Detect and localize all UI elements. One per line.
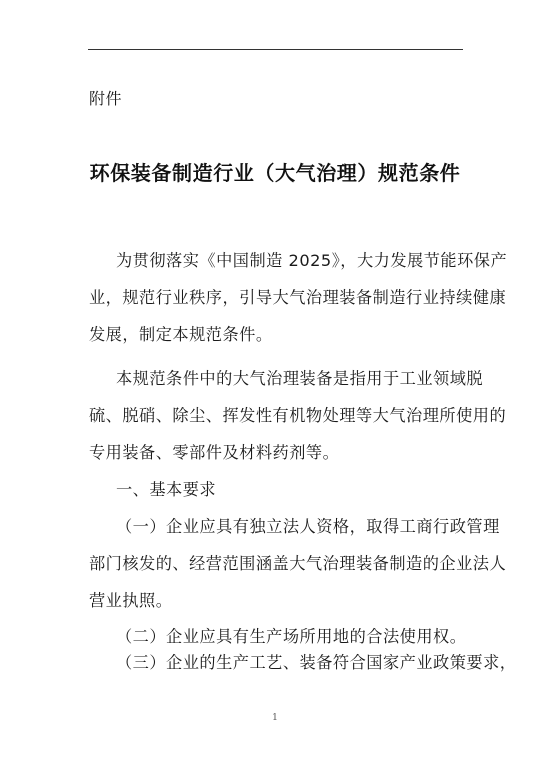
paragraph-line: 发展，制定本规范条件。 — [89, 325, 463, 345]
attachment-label: 附件 — [89, 90, 122, 108]
item-line: 部门核发的、经营范围涵盖大气治理装备制造的企业法人 — [89, 554, 463, 574]
item-line: （二）企业应具有生产场所用地的合法使用权。 — [116, 627, 463, 647]
document-title: 环保装备制造行业（大气治理）规范条件 — [0, 161, 550, 185]
document-page: 附件 环保装备制造行业（大气治理）规范条件 为贯彻落实《中国制造 2025》，大… — [0, 0, 550, 778]
paragraph-line: 专用装备、零部件及材料药剂等。 — [89, 443, 463, 463]
paragraph-line: 硫、脱硝、除尘、挥发性有机物处理等大气治理所使用的 — [89, 406, 463, 426]
header-rule — [88, 49, 463, 50]
paragraph-line: 为贯彻落实《中国制造 2025》，大力发展节能环保产 — [116, 251, 463, 271]
item-line: （三）企业的生产工艺、装备符合国家产业政策要求， — [116, 653, 463, 673]
item-line: 营业执照。 — [89, 591, 463, 611]
item-line: （一）企业应具有独立法人资格，取得工商行政管理 — [116, 517, 463, 537]
section-heading: 一、基本要求 — [116, 480, 463, 500]
paragraph-line: 本规范条件中的大气治理装备是指用于工业领域脱 — [116, 369, 463, 389]
paragraph-line: 业，规范行业秩序，引导大气治理装备制造行业持续健康 — [89, 288, 463, 308]
page-number: 1 — [0, 712, 550, 724]
